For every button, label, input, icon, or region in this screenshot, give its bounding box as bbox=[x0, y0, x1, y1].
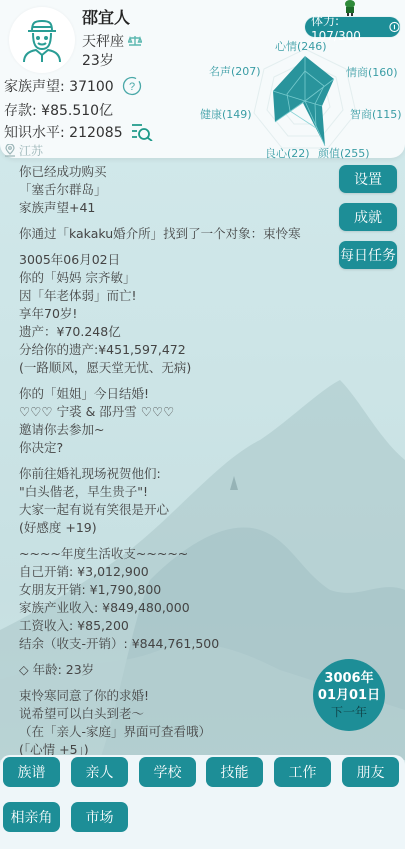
log-line: 结余（收支-开销）: ¥844,761,500 bbox=[19, 635, 319, 653]
log-line: (好感度 +19) bbox=[19, 519, 319, 537]
stamina-bar[interactable]: 体力: 107/300 bbox=[305, 17, 400, 37]
next-year-year: 3006年 bbox=[324, 670, 373, 687]
log-line: 束怜寒同意了你的求婚! bbox=[19, 687, 319, 705]
nav-family-tree[interactable]: 族谱 bbox=[3, 757, 60, 787]
achievements-button[interactable]: 成就 bbox=[339, 203, 397, 231]
log-line: ~~~~年度生活收支~~~~~ bbox=[19, 545, 319, 563]
savings-text: 存款: ¥85.510亿 bbox=[4, 100, 113, 120]
log-line: 家族声望+41 bbox=[19, 199, 319, 217]
family-reputation: 家族声望: 37100 ? bbox=[4, 76, 142, 96]
question-circle-icon[interactable]: ? bbox=[122, 76, 142, 96]
log-line: 3005年06月02日 bbox=[19, 251, 319, 269]
log-line: 分给你的遗产:¥451,597,472 bbox=[19, 341, 319, 359]
radar-label-eq: 情商(160) bbox=[346, 64, 398, 80]
nav-school[interactable]: 学校 bbox=[139, 757, 196, 787]
log-line: 大家一起有说有笑很是开心 bbox=[19, 501, 319, 519]
log-line: 你决定? bbox=[19, 439, 319, 457]
nav-relatives[interactable]: 亲人 bbox=[71, 757, 128, 787]
log-line: 因「年老体弱」而亡! bbox=[19, 287, 319, 305]
log-entry-proposal: 束怜寒同意了你的求婚! 说希望可以白头到老～ （在「亲人-家庭」界面可查看哦） … bbox=[19, 687, 319, 759]
log-entry-wedding-attend: 你前往婚礼现场祝贺他们: "白头偕老，早生贵子"! 大家一起有说有笑很是开心 (… bbox=[19, 465, 319, 537]
radar-label-looks: 颜值(255) bbox=[318, 145, 370, 161]
location: 江苏 bbox=[4, 142, 43, 159]
radar-label-mood: 心情(246) bbox=[275, 38, 327, 54]
log-line: 你通过「kakaku婚介所」找到了一个对象：束怜寒 bbox=[19, 225, 319, 243]
player-age: 23岁 bbox=[82, 50, 114, 70]
nav-market[interactable]: 市场 bbox=[71, 802, 128, 832]
player-header: 邵宜人 天秤座 23岁 家族声望: 37100 ? 存款: ¥85.510亿 知… bbox=[0, 0, 405, 158]
log-entry-wedding-invite: 你的「姐姐」今日结婚! ♡♡♡ 宁裘 & 邵丹雪 ♡♡♡ 邀请你去参加~ 你决定… bbox=[19, 385, 319, 457]
radar-label-conscience: 良心(22) bbox=[265, 145, 310, 161]
log-line: 你前往婚礼现场祝贺他们: bbox=[19, 465, 319, 483]
bottom-navigation: 族谱 亲人 学校 技能 工作 朋友 相亲角 市场 bbox=[0, 755, 405, 849]
log-line: 工资收入: ¥85,200 bbox=[19, 617, 319, 635]
log-line: 你的「妈妈 宗齐敏」 bbox=[19, 269, 319, 287]
daily-tasks-button[interactable]: 每日任务 bbox=[339, 241, 397, 269]
location-pin-icon bbox=[4, 144, 16, 157]
log-line: 「塞舌尔群岛」 bbox=[19, 181, 319, 199]
nav-skills[interactable]: 技能 bbox=[206, 757, 263, 787]
player-avatar[interactable] bbox=[9, 7, 75, 73]
log-line: (一路顺风，愿天堂无忧、无病) bbox=[19, 359, 319, 377]
radar-label-fame: 名声(207) bbox=[209, 63, 261, 79]
log-line: ◇ 年龄: 23岁 bbox=[19, 661, 319, 679]
add-stamina-icon[interactable] bbox=[389, 21, 400, 33]
log-line: （在「亲人-家庭」界面可查看哦） bbox=[19, 723, 319, 741]
nav-friends[interactable]: 朋友 bbox=[342, 757, 399, 787]
location-text: 江苏 bbox=[19, 142, 43, 159]
log-entry-matchmaking: 你通过「kakaku婚介所」找到了一个对象：束怜寒 bbox=[19, 225, 319, 243]
svg-text:?: ? bbox=[129, 81, 135, 93]
radar-label-health: 健康(149) bbox=[200, 106, 252, 122]
list-search-icon[interactable] bbox=[131, 123, 155, 141]
man-with-hat-icon bbox=[20, 17, 64, 63]
nav-matchmaking-corner[interactable]: 相亲角 bbox=[3, 802, 60, 832]
log-line: 家族产业收入: ¥849,480,000 bbox=[19, 599, 319, 617]
family-reputation-text: 家族声望: 37100 bbox=[4, 76, 114, 96]
nav-work[interactable]: 工作 bbox=[274, 757, 331, 787]
zodiac-row: 天秤座 bbox=[82, 31, 142, 51]
zodiac-text: 天秤座 bbox=[82, 31, 124, 51]
log-line: 遗产：¥70.248亿 bbox=[19, 323, 319, 341]
log-entry-purchase: 你已经成功购买 「塞舌尔群岛」 家族声望+41 bbox=[19, 163, 319, 217]
next-year-date: 01月01日 bbox=[318, 687, 380, 704]
log-line: 女朋友开销: ¥1,790,800 bbox=[19, 581, 319, 599]
libra-icon bbox=[128, 35, 142, 47]
log-line: 邀请你去参加~ bbox=[19, 421, 319, 439]
next-year-button[interactable]: 3006年 01月01日 下一年 bbox=[313, 659, 385, 731]
log-line: ♡♡♡ 宁裘 & 邵丹雪 ♡♡♡ bbox=[19, 403, 319, 421]
player-name: 邵宜人 bbox=[82, 5, 130, 28]
log-line: 说希望可以白头到老～ bbox=[19, 705, 319, 723]
attribute-radar-chart: 心情(246) 情商(160) 智商(115) 颜值(255) 良心(22) 健… bbox=[200, 36, 405, 160]
radar-label-iq: 智商(115) bbox=[350, 106, 402, 122]
log-entry-annual-finance: ~~~~年度生活收支~~~~~ 自己开销: ¥3,012,900 女朋友开销: … bbox=[19, 545, 319, 653]
knowledge-text: 知识水平: 212085 bbox=[4, 122, 123, 142]
log-line: 享年70岁! bbox=[19, 305, 319, 323]
log-line: 你已经成功购买 bbox=[19, 163, 319, 181]
next-year-label: 下一年 bbox=[331, 704, 367, 721]
settings-button[interactable]: 设置 bbox=[339, 165, 397, 193]
log-line: 自己开销: ¥3,012,900 bbox=[19, 563, 319, 581]
savings: 存款: ¥85.510亿 bbox=[4, 100, 113, 120]
log-line: "白头偕老，早生贵子"! bbox=[19, 483, 319, 501]
event-log[interactable]: 你已经成功购买 「塞舌尔群岛」 家族声望+41 你通过「kakaku婚介所」找到… bbox=[19, 163, 319, 767]
log-entry-age: ◇ 年龄: 23岁 bbox=[19, 661, 319, 679]
log-line: 你的「姐姐」今日结婚! bbox=[19, 385, 319, 403]
log-entry-death: 3005年06月02日 你的「妈妈 宗齐敏」 因「年老体弱」而亡! 享年70岁!… bbox=[19, 251, 319, 377]
knowledge-level: 知识水平: 212085 bbox=[4, 122, 155, 142]
